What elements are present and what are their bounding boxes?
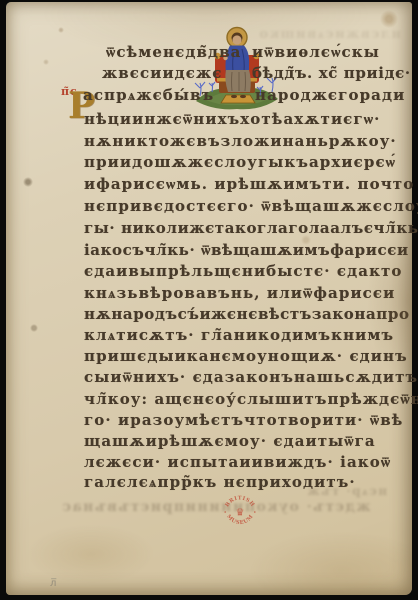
manuscript-photo: нлєвжиєѧвишко ждєтъ· оукопининиприєтъвън… xyxy=(0,0,418,600)
pencil-mark: л̅ xyxy=(50,578,56,589)
text-line-8: нєпривєдостєєго· ѿвѣщашѫжєслоу xyxy=(84,198,418,215)
text-line-14: клѧтисѫтъ· гл̃аникодимъкнимъ xyxy=(84,327,394,344)
stamp-text-top: BRITISH xyxy=(224,495,255,508)
british-museum-stamp: BRITISH MUSEUM ♛ xyxy=(220,491,260,531)
text-line-7: ифарисєѡмь. ирѣшѫимъти. почто xyxy=(84,176,414,193)
foot-right xyxy=(240,95,246,98)
text-line-2-right: бѣдд̃ъ. хс̃ приідє· xyxy=(252,65,411,82)
text-line-20: лєжєси· испытаиивиждъ· іакоѿ xyxy=(84,454,391,471)
text-line-19: щашѫирѣшѫємоу· єдаитыѿга xyxy=(84,433,376,450)
text-line-1-left: ѿсѣменєдв̃два xyxy=(106,44,241,61)
text-line-9: гы· николижєтакоглаголаалъєчл̃кь xyxy=(84,220,418,237)
text-line-21: галєлєѧпрр̃къ нєприходитъ· xyxy=(84,474,356,491)
text-line-3-right: народжєгоради xyxy=(255,87,405,104)
footstool xyxy=(221,95,255,103)
text-line-4: нѣциинжєѿнихъхотѣахѫтиєгѡ· xyxy=(84,111,380,128)
text-line-6: приидошѫжєслоугыкъархиєрєѡ́ xyxy=(84,154,396,171)
text-line-11: єдаивыпрѣльщєнибыстє· єдакто xyxy=(84,263,403,280)
leg-drape xyxy=(225,70,250,92)
text-line-16: сыиѿнихъ· єдазаконънашьсѫдитъ xyxy=(84,369,418,386)
bleedthrough-top: нлєвжиєѧвишко xyxy=(258,26,401,42)
svg-text:BRITISH: BRITISH xyxy=(224,495,255,508)
text-line-1-right: иѿвиѳлєѡ́скы xyxy=(252,44,380,61)
foot-left xyxy=(231,95,237,98)
text-line-15: пришєдыиканємоунощиѫ· єдинъ xyxy=(84,348,408,365)
text-line-17: чл̃коу: ащєнєоу́слышитъпрѣждєѿнє xyxy=(84,391,418,408)
text-line-10: іакосъчл̃кь· ѿвѣщашѫимъфарисєи xyxy=(84,242,409,259)
text-line-2-left: жвєсиидєжє xyxy=(102,65,223,82)
crown-icon: ♛ xyxy=(236,508,245,519)
text-line-18: го· иразоумѣєтъчтотворити· ѿвѣ xyxy=(84,412,403,429)
parchment-page: нлєвжиєѧвишко ждєтъ· оукопининиприєтъвън… xyxy=(6,2,412,595)
text-line-12: кнѧзьвѣровавънь, илиѿфарисєи xyxy=(84,285,395,302)
stamp-dot-left xyxy=(224,511,226,513)
stamp-dot-right xyxy=(254,511,256,513)
text-line-13: нѫнародъсъ́ижєнєвѣстъзаконапро xyxy=(84,306,410,323)
text-line-3-left: аспрѧжєбы́въ xyxy=(83,87,214,104)
text-line-5: нѫниктожєвъзложинаньрѫкоу· xyxy=(84,133,397,150)
bleedthrough-bottom: ждєтъ· оукопининиприєтъвънас xyxy=(61,499,370,515)
